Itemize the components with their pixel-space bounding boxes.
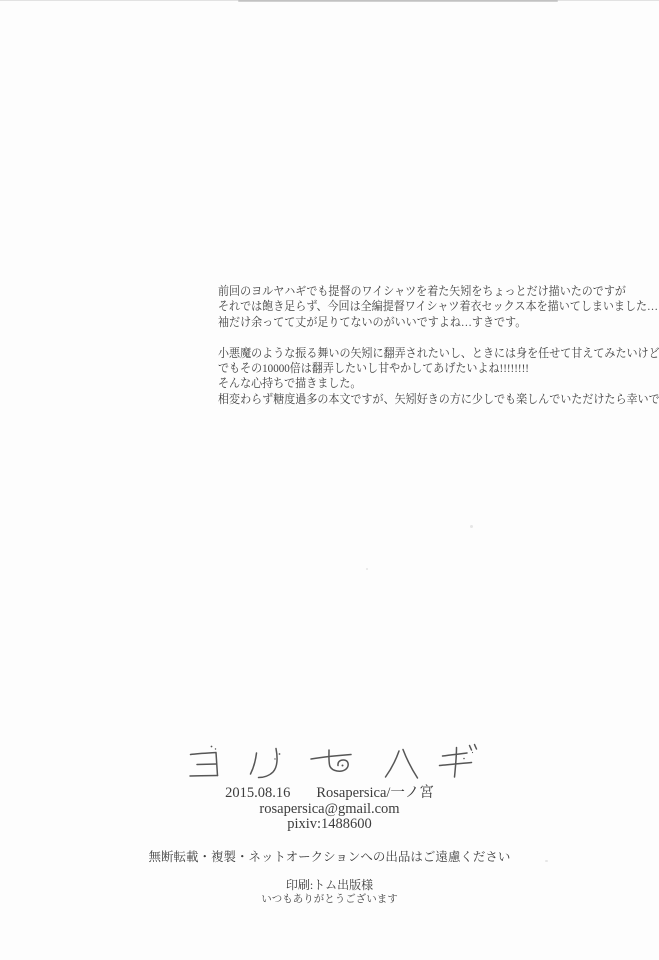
afterword-line: 袖だけ余ってて丈が足りてないのがいいですよね…すきです。 xyxy=(218,315,650,330)
date-author-line: 2015.08.16Rosapersica/一ノ宮 xyxy=(0,786,659,802)
scan-speck xyxy=(470,525,473,528)
pixiv-id: pixiv:1488600 xyxy=(0,817,659,833)
publish-date: 2015.08.16 xyxy=(225,785,290,801)
doujinshi-afterword-page: 前回のヨルヤハギでも提督のワイシャツを着た矢矧をちょっとだけ描いたのですが それ… xyxy=(0,0,659,960)
thanks-note: いつもありがとうございます xyxy=(0,891,659,906)
logo-char-ya xyxy=(311,750,351,771)
colophon-credits: 2015.08.16Rosapersica/一ノ宮 rosapersica@gm… xyxy=(0,786,659,833)
afterword-line: そんな心持ちで描きました。 xyxy=(218,376,650,391)
afterword-line: 小悪魔のような振る舞いの矢矧に翻弄されたいし、ときには身を任せて甘えてみたいけど… xyxy=(218,346,650,361)
email: rosapersica@gmail.com xyxy=(0,802,659,818)
afterword-line: 相変わらず糖度過多の本文ですが、矢矧好きの方に少しでも楽しんでいただけたら幸いで… xyxy=(218,392,650,407)
logo-char-gi xyxy=(440,745,477,778)
afterword-line: それでは飽き足らず、今回は全編提督ワイシャツ着衣セックス本を描いてしまいました… xyxy=(218,299,650,314)
logo-char-ru xyxy=(251,749,281,778)
logo-char-ha xyxy=(386,750,418,779)
afterword-blank-line xyxy=(218,330,650,345)
scan-edge-artifact xyxy=(238,0,558,2)
scan-speck xyxy=(366,568,368,570)
circle-author: Rosapersica/一ノ宮 xyxy=(316,785,434,801)
logo-char-yo xyxy=(190,746,218,776)
title-logo xyxy=(183,735,479,781)
reproduction-notice: 無断転載・複製・ネットオークションへの出品はご遠慮ください xyxy=(0,847,659,865)
afterword-line: 前回のヨルヤハギでも提督のワイシャツを着た矢矧をちょっとだけ描いたのですが xyxy=(218,284,650,299)
afterword-line: でもその10000倍は翻弄したいし甘やかしてあげたいよね!!!!!!!! xyxy=(218,361,650,376)
afterword-text: 前回のヨルヤハギでも提督のワイシャツを着た矢矧をちょっとだけ描いたのですが それ… xyxy=(218,284,650,407)
